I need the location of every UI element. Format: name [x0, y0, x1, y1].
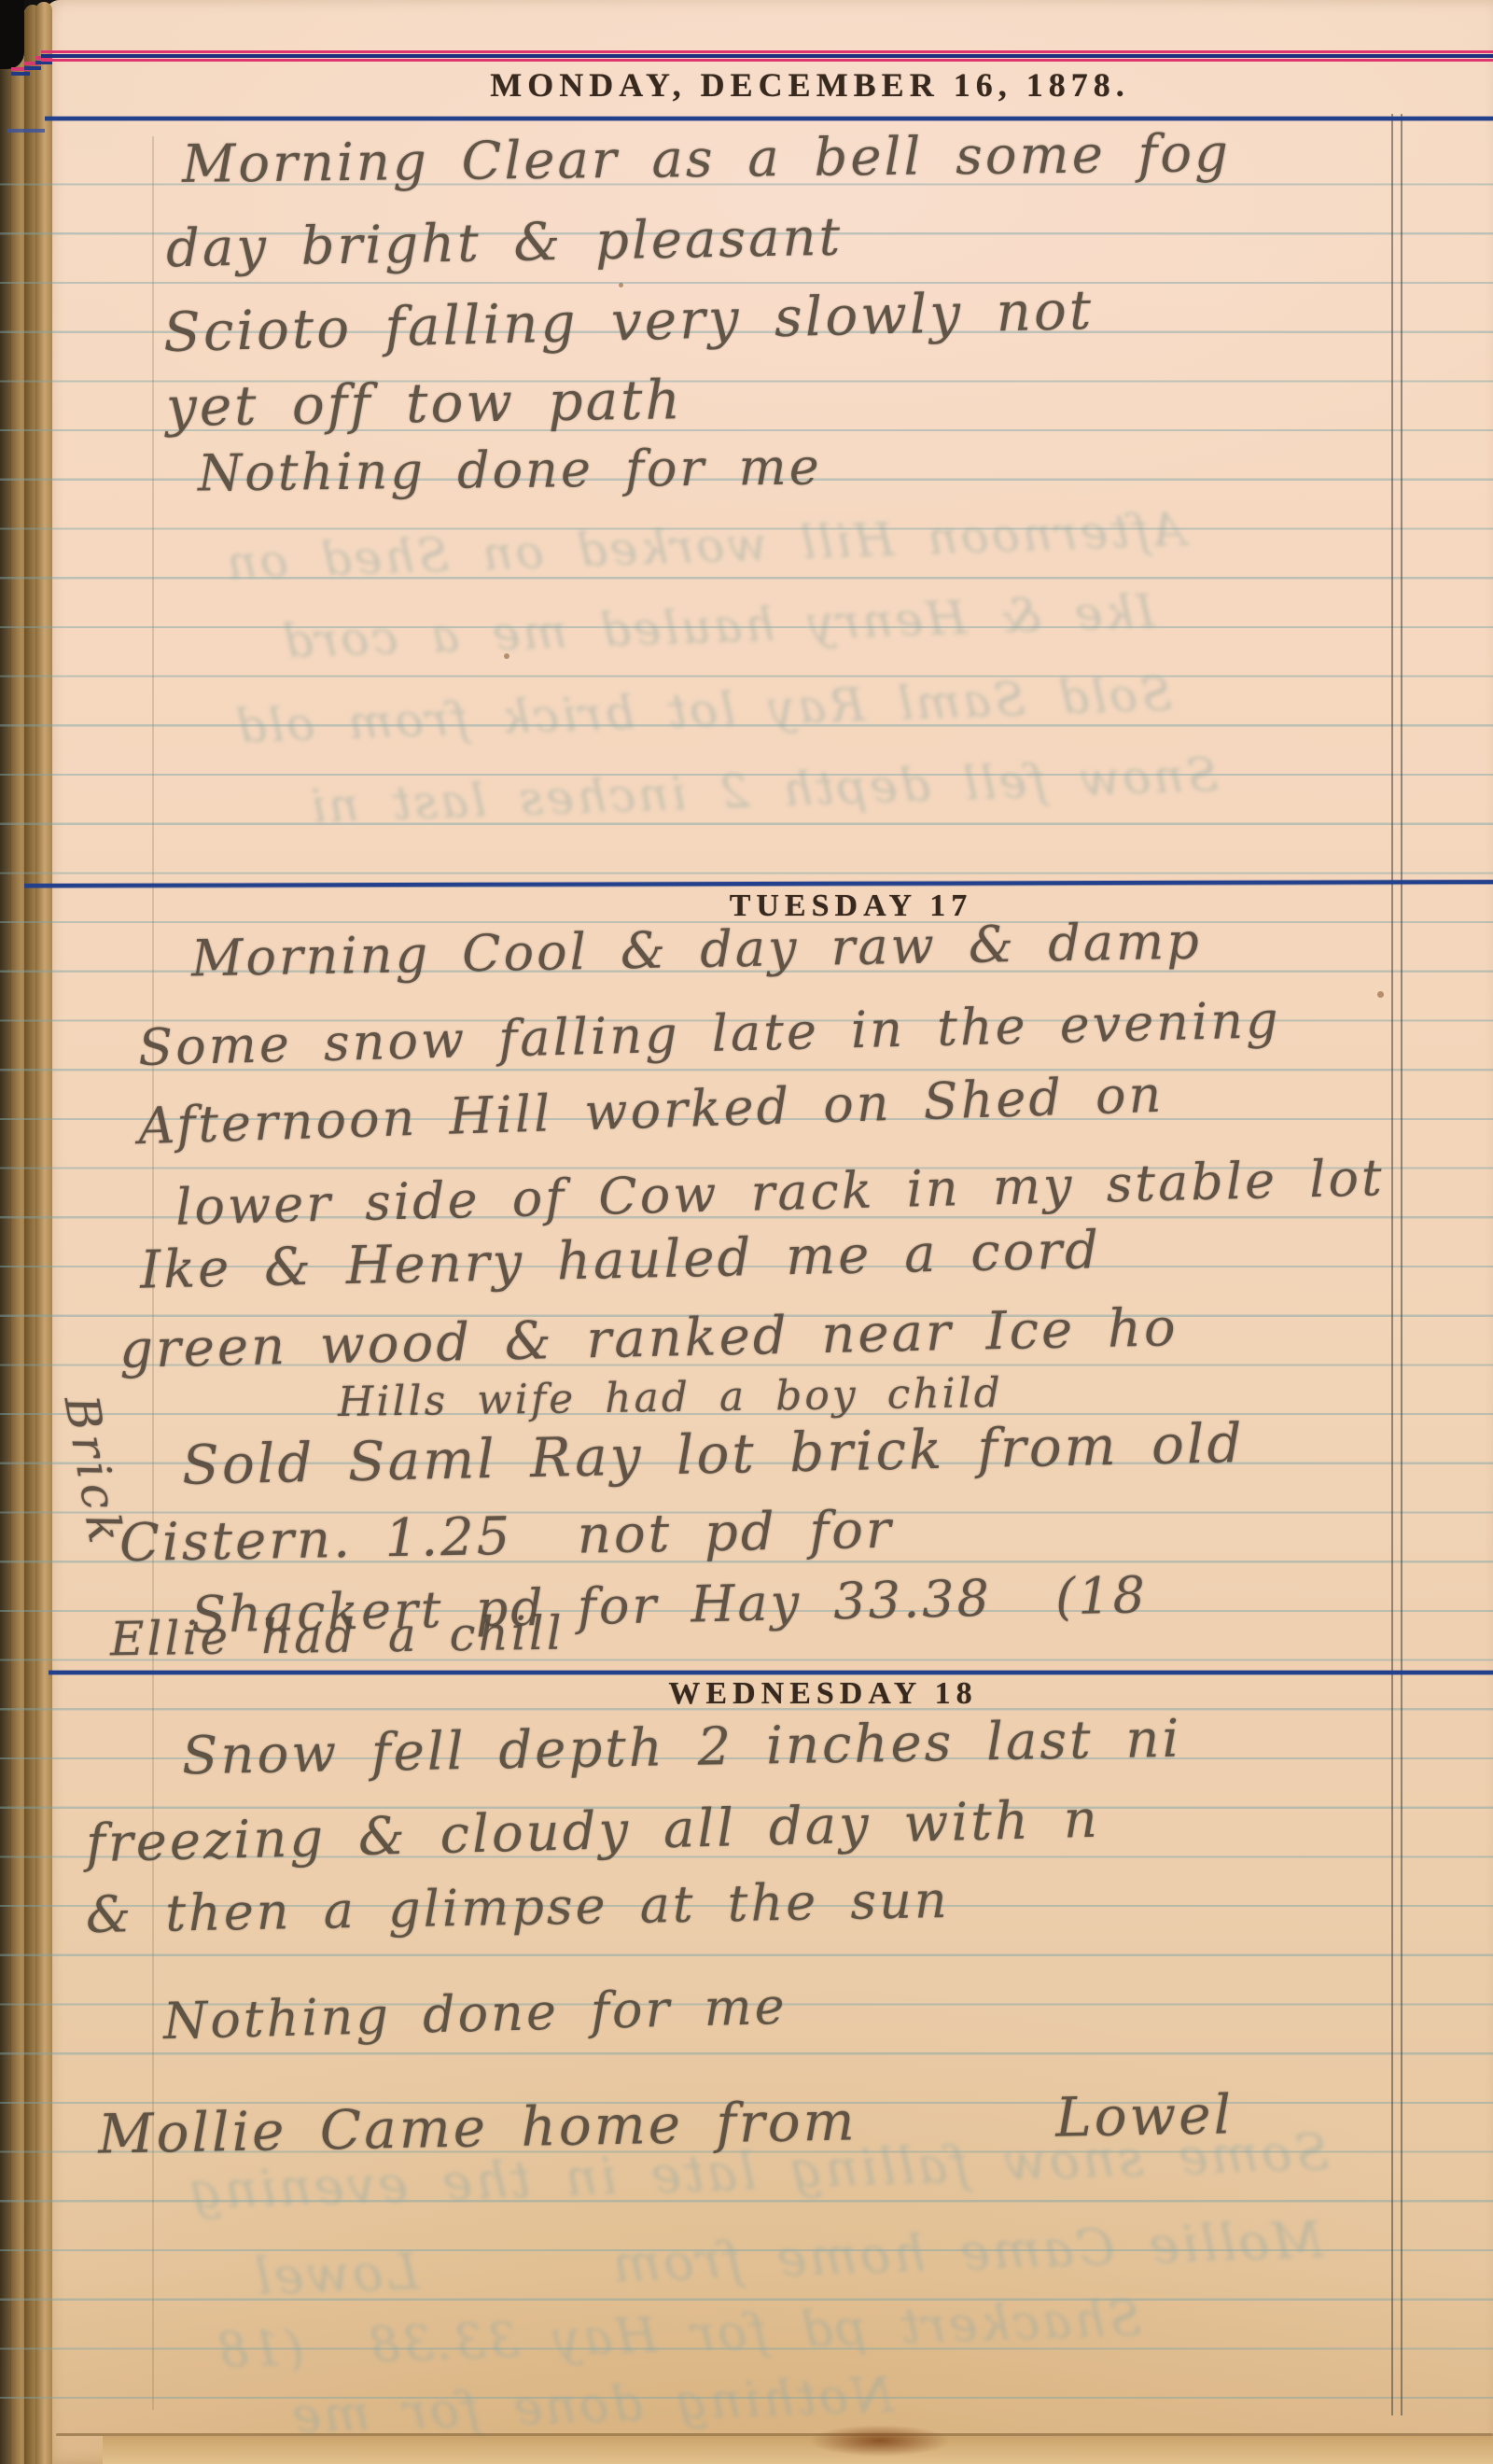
diary-line: day bright & pleasant [165, 207, 843, 280]
next-page-edge [103, 2436, 1493, 2464]
paper-speck [504, 653, 509, 659]
spine-shadow [0, 0, 24, 69]
section-rule [49, 1671, 1493, 1674]
diary-line: Morning Clear as a bell some fog [182, 123, 1232, 195]
diary-line: yet off tow path [166, 368, 684, 439]
date-header-monday: MONDAY, DECEMBER 16, 1878. [490, 65, 1129, 105]
edge-rule-mark [7, 129, 45, 133]
paper-speck [1377, 991, 1384, 998]
book-page-edge [35, 2, 52, 2464]
edge-rule-mark [11, 72, 30, 76]
diary-line: Nothing done for me [198, 438, 822, 503]
edge-rule-mark [24, 66, 41, 70]
head-rule [41, 50, 1493, 63]
date-header-wednesday: WEDNESDAY 18 [668, 1676, 977, 1712]
section-rule [45, 117, 1493, 120]
stain [810, 2425, 950, 2457]
paper-speck [619, 283, 623, 287]
right-double-rule [1391, 114, 1402, 2415]
diary-line: Ellie had a chill [110, 1606, 565, 1667]
